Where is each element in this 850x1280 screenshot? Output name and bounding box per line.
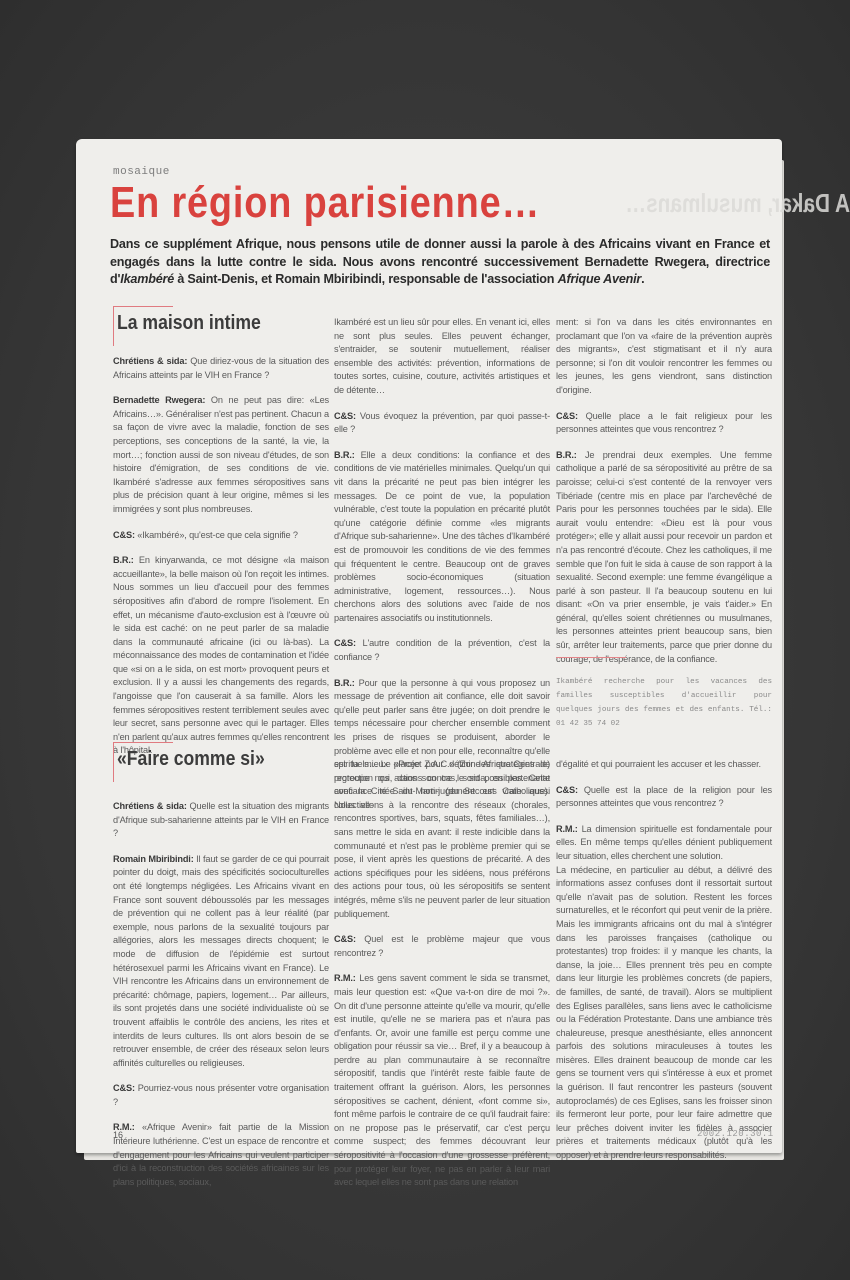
column-2-top: Ikambéré est un lieu sûr pour elles. En … [334,316,550,825]
qa-paragraph: R.M.: La dimension spirituelle est fonda… [556,823,772,864]
speaker-label: C&S: [334,638,356,648]
paragraph-text: Elle a deux conditions: la confiance et … [334,450,550,623]
paragraph-text: Vous évoquez la prévention, par quoi pas… [334,411,550,435]
qa-paragraph: C&S: Vous évoquez la prévention, par quo… [334,410,550,437]
speaker-label: C&S: [113,530,135,540]
section-label: mosaique [113,166,170,178]
note-divider [556,657,626,658]
speaker-label: C&S: [334,411,356,421]
paragraph-text: On ne peut pas dire: «Les Africains…». G… [113,395,329,514]
qa-paragraph: Ikambéré est un lieu sûr pour elles. En … [334,316,550,398]
paragraph-text: L'autre condition de la prévention, c'es… [334,638,550,662]
paragraph-text: «Afrique Avenir» fait partie de la Missi… [113,1122,329,1186]
column-1-top: Chrétiens & sida: Que diriez-vous de la … [113,355,329,770]
paragraph-text: Les gens savent comment le sida se trans… [334,973,550,1187]
qa-paragraph: C&S: «Ikambéré», qu'est-ce que cela sign… [113,529,329,543]
paragraph-text: La médecine, en particulier au début, a … [556,865,772,1160]
paragraph-text: ment: si l'on va dans les cités environn… [556,317,772,395]
paragraph-text: La dimension spirituelle est fondamental… [556,824,772,861]
qa-paragraph: B.R.: Je prendrai deux exemples. Une fem… [556,449,772,667]
qa-paragraph: C&S: Pourriez-vous nous présenter votre … [113,1082,329,1109]
qa-paragraph: C&S: L'autre condition de la prévention,… [334,637,550,664]
archive-reference-stamp: 2002.120.30.1 [697,1129,774,1139]
paragraph-text: Je prendrai deux exemples. Une femme cat… [556,450,772,664]
paragraph-text: «Ikambéré», qu'est-ce que cela signifie … [135,530,298,540]
contact-note: Ikambéré recherche pour les vacances des… [556,675,772,731]
heading-bracket-top [113,306,173,307]
paragraph-text: Quel est le problème majeur que vous ren… [334,934,550,958]
speaker-label: R.M.: [334,973,356,983]
intro-text: à Saint-Denis, et Romain Mbiribindi, res… [174,272,558,286]
qa-paragraph: Bernadette Rwegera: On ne peut pas dire:… [113,394,329,516]
speaker-label: C&S: [334,934,356,944]
section-heading-maison-intime: La maison intime [117,312,261,335]
qa-paragraph: C&S: Quelle est la place de la religion … [556,784,772,811]
paragraph-text: Pourriez-vous nous présenter votre organ… [113,1083,329,1107]
qa-paragraph: Chrétiens & sida: Que diriez-vous de la … [113,355,329,382]
qa-paragraph: C&S: Quelle place a le fait religieux po… [556,410,772,437]
heading-bracket-side [113,742,114,782]
section-heading-faire-comme-si: «Faire comme si» [117,748,265,771]
paragraph-text: d'égalité et qui pourraient les accuser … [556,759,761,769]
paragraph-text: Quelle est la place de la religion pour … [556,785,772,809]
page-number: 16 [113,1130,123,1140]
qa-paragraph: C&S: Quel est le problème majeur que vou… [334,933,550,960]
intro-italic-afrique-avenir: Afrique Avenir [558,272,642,286]
show-through-text: A Dakar, musulmans… [674,188,850,219]
heading-bracket-top [113,742,173,743]
intro-italic-ikambere: Ikambéré [120,272,174,286]
page-title: En région parisienne… [110,178,540,228]
qa-paragraph: d'égalité et qui pourraient les accuser … [556,758,772,772]
speaker-label: B.R.: [334,450,355,460]
qa-paragraph: R.M.: Les gens savent comment le sida se… [334,972,550,1190]
qa-paragraph: Chrétiens & sida: Quelle est la situatio… [113,800,329,841]
qa-paragraph: Romain Mbiribindi: Il faut se garder de … [113,853,329,1071]
paragraph-text: Quelle place a le fait religieux pour le… [556,411,772,435]
speaker-label: C&S: [113,1083,135,1093]
column-2-bottom: spirituels… Le «Projet Z.A.C.» (Zone Afr… [334,758,550,1202]
column-1-bottom: Chrétiens & sida: Quelle est la situatio… [113,800,329,1201]
speaker-label: R.M.: [556,824,578,834]
qa-paragraph: B.R.: En kinyarwanda, ce mot désigne «la… [113,554,329,758]
qa-paragraph: R.M.: «Afrique Avenir» fait partie de la… [113,1121,329,1189]
paragraph-text: spirituels… Le «Projet Z.A.C.» (Zone Afr… [334,759,550,919]
column-3-top: ment: si l'on va dans les cités environn… [556,316,772,678]
speaker-label: Chrétiens & sida: [113,801,187,811]
qa-paragraph: spirituels… Le «Projet Z.A.C.» (Zone Afr… [334,758,550,921]
qa-paragraph: ment: si l'on va dans les cités environn… [556,316,772,398]
speaker-label: Bernadette Rwegera: [113,395,205,405]
intro-paragraph: Dans ce supplément Afrique, nous pensons… [110,236,770,289]
intro-text: . [641,272,644,286]
speaker-label: B.R.: [334,678,355,688]
speaker-label: C&S: [556,411,578,421]
column-3-bottom: d'égalité et qui pourraient les accuser … [556,758,772,1175]
paragraph-text: Il faut se garder de ce qui pourrait poi… [113,854,329,1068]
qa-paragraph: B.R.: Elle a deux conditions: la confian… [334,449,550,626]
qa-paragraph: La médecine, en particulier au début, a … [556,864,772,1163]
paragraph-text: Ikambéré est un lieu sûr pour elles. En … [334,317,550,395]
speaker-label: C&S: [556,785,578,795]
heading-bracket-side [113,306,114,346]
speaker-label: B.R.: [556,450,577,460]
paragraph-text: En kinyarwanda, ce mot désigne «la maiso… [113,555,329,755]
speaker-label: Romain Mbiribindi: [113,854,194,864]
speaker-label: Chrétiens & sida: [113,356,187,366]
speaker-label: B.R.: [113,555,134,565]
